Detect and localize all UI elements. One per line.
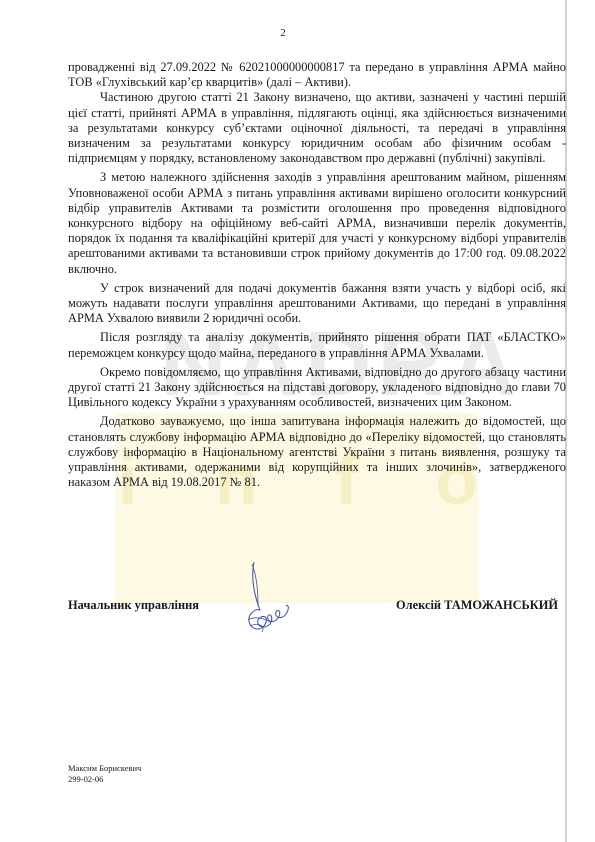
paragraph: Після розгляду та аналізу документів, пр… [68,330,566,360]
letter-body: провадженні від 27.09.2022 № 62021000000… [68,60,566,490]
paragraph: Додатково зауважуємо, що інша запитувана… [68,414,566,490]
handwritten-signature-icon [240,560,300,635]
page-number: 2 [0,27,566,39]
paragraph: Частиною другою статті 21 Закону визначе… [68,90,566,166]
paragraph: У строк визначений для подачі документів… [68,281,566,327]
executor-block: Максим Борискевич 299-02-06 [68,763,141,784]
paragraph: З метою належного здійснення заходів з у… [68,170,566,276]
executor-name: Максим Борискевич [68,763,141,774]
signer-position: Начальник управління [68,598,199,613]
executor-phone: 299-02-06 [68,774,141,785]
paragraph: провадженні від 27.09.2022 № 62021000000… [68,60,566,90]
paragraph: Окремо повідомляємо, що управління Актив… [68,365,566,411]
signer-name: Олексій ТАМОЖАНСЬКИЙ [396,598,558,613]
